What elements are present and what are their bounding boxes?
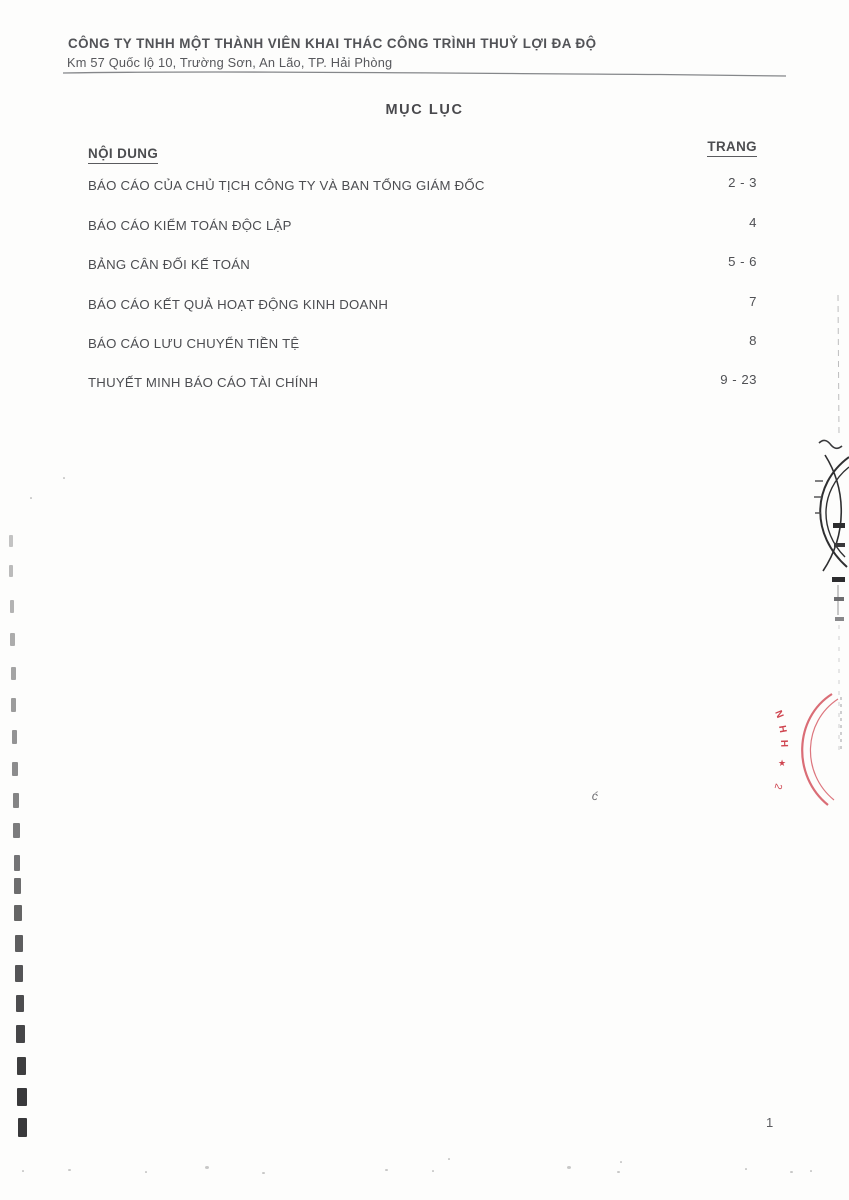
toc-item-label: BÁO CÁO KIỂM TOÁN ĐỘC LẬP — [88, 218, 292, 233]
toc-item-pages: 7 — [749, 294, 757, 309]
page-number: 1 — [766, 1115, 773, 1130]
stamp-digit-fragment: 2 — [772, 782, 784, 791]
stamp-text-fragment: N — [772, 709, 785, 720]
scanned-document-page: CÔNG TY TNHH MỘT THÀNH VIÊN KHAI THÁC CÔ… — [0, 0, 849, 1200]
toc-item-pages: 2 - 3 — [728, 175, 757, 190]
toc-item-label: BẢNG CÂN ĐỐI KẾ TOÁN — [88, 257, 250, 272]
toc-item-label: THUYẾT MINH BÁO CÁO TÀI CHÍNH — [88, 375, 318, 390]
toc-row: BẢNG CÂN ĐỐI KẾ TOÁN 5 - 6 — [88, 257, 757, 277]
toc-item-label: BÁO CÁO KẾT QUẢ HOẠT ĐỘNG KINH DOANH — [88, 297, 388, 312]
page-title: MỤC LỤC — [0, 102, 849, 118]
stamp-star-icon: ★ — [778, 758, 786, 768]
stray-pen-mark: ć — [590, 788, 599, 803]
header-rule-line — [0, 0, 849, 90]
binding-marks — [0, 0, 40, 1200]
toc-row: BÁO CÁO LƯU CHUYỂN TIỀN TỆ 8 — [88, 336, 757, 356]
scan-crease-artifact — [795, 285, 849, 755]
toc-header-page: TRANG — [707, 139, 757, 157]
stamp-text-fragment: H — [776, 725, 788, 734]
toc-row: BÁO CÁO KIỂM TOÁN ĐỘC LẬP 4 — [88, 218, 757, 238]
toc-header-content: NỘI DUNG — [88, 146, 158, 164]
scan-edge-marks — [834, 695, 849, 755]
toc-item-pages: 5 - 6 — [728, 254, 757, 269]
stamp-text-fragment: H — [778, 740, 789, 748]
toc-item-label: BÁO CÁO LƯU CHUYỂN TIỀN TỆ — [88, 336, 299, 351]
toc-item-pages: 4 — [749, 215, 757, 230]
toc-item-pages: 9 - 23 — [720, 372, 757, 387]
red-stamp-fragment: N H H ★ 2 — [752, 690, 849, 812]
toc-row: THUYẾT MINH BÁO CÁO TÀI CHÍNH 9 - 23 — [88, 375, 757, 395]
toc-row: BÁO CÁO KẾT QUẢ HOẠT ĐỘNG KINH DOANH 7 — [88, 297, 757, 317]
toc-item-pages: 8 — [749, 333, 757, 348]
toc-row: BÁO CÁO CỦA CHỦ TỊCH CÔNG TY VÀ BAN TỔNG… — [88, 178, 757, 198]
toc-item-label: BÁO CÁO CỦA CHỦ TỊCH CÔNG TY VÀ BAN TỔNG… — [88, 178, 485, 193]
